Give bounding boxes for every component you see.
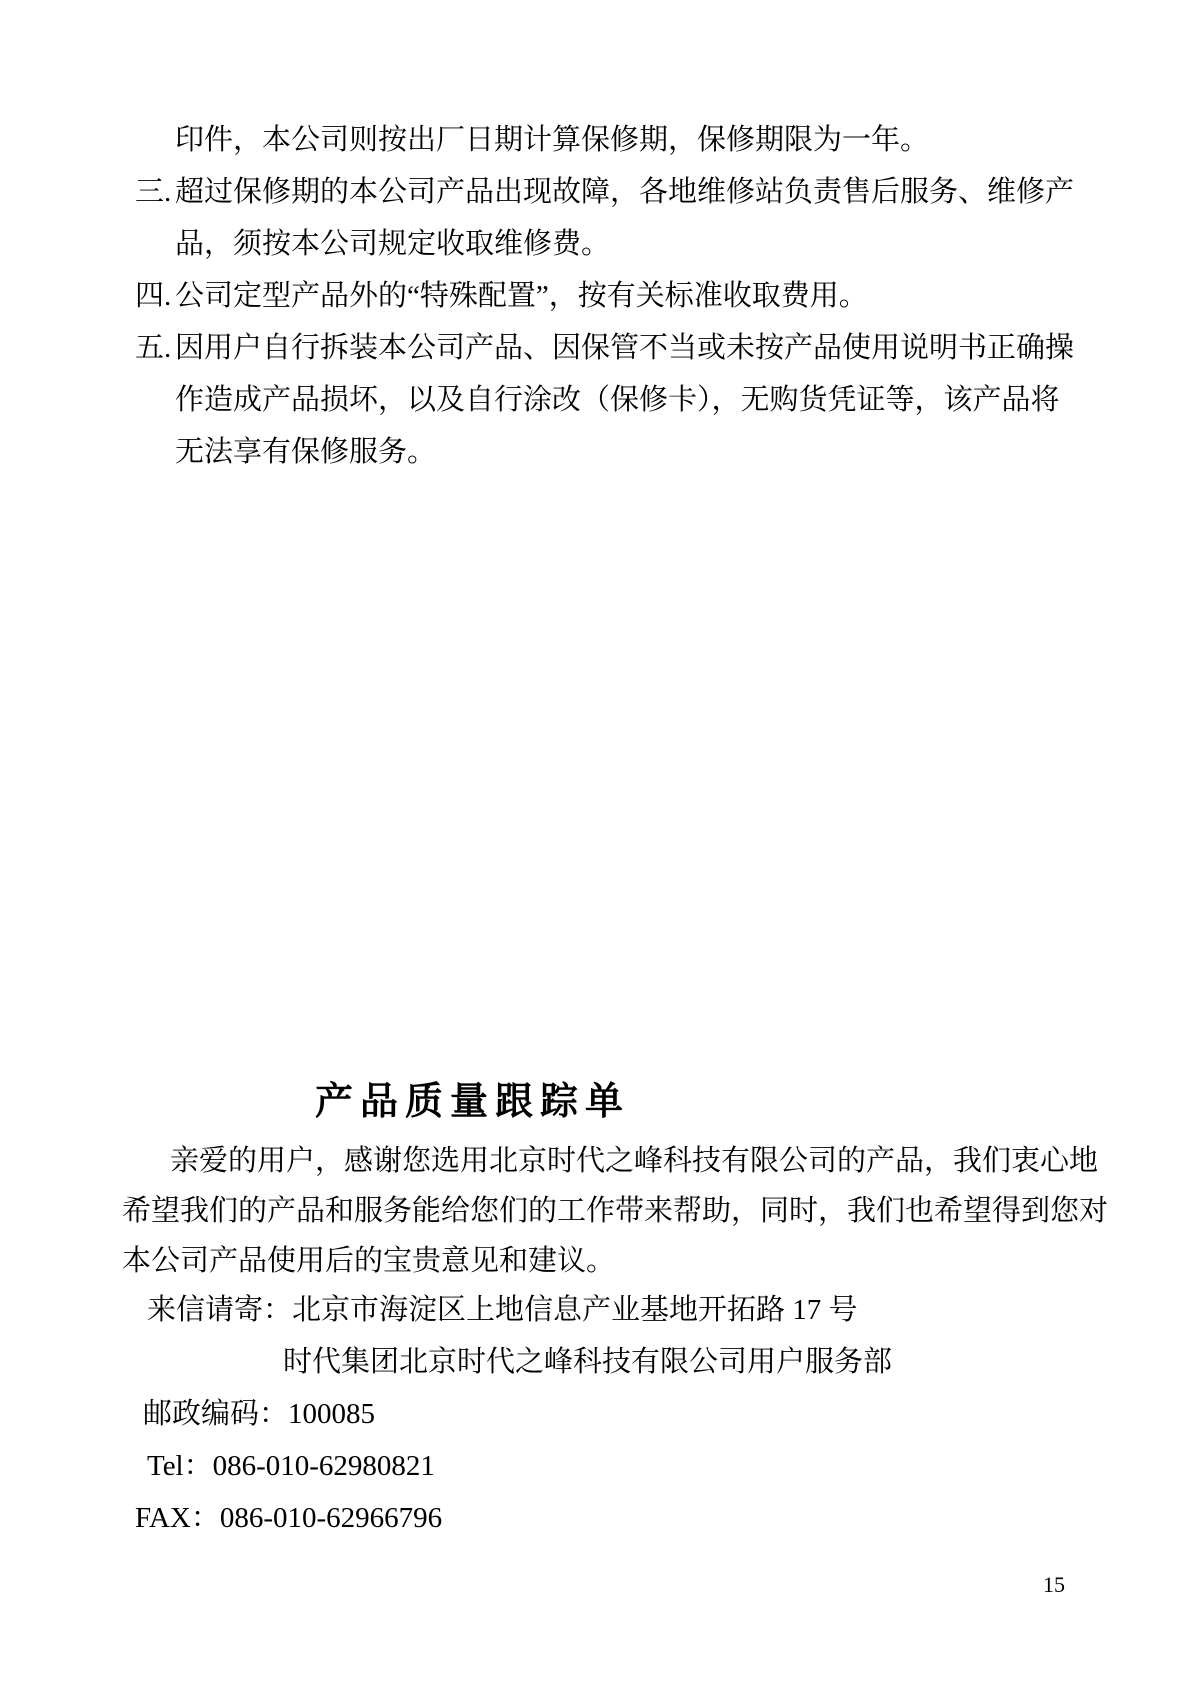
list-marker: 四. bbox=[135, 270, 171, 322]
postal-code-line: 邮政编码：100085 bbox=[143, 1388, 1200, 1440]
service-department-line: 时代集团北京时代之峰科技有限公司用户服务部 bbox=[283, 1336, 1200, 1388]
list-marker: 五. bbox=[135, 322, 171, 374]
telephone-line: Tel：086-010-62980821 bbox=[147, 1440, 1200, 1492]
document-page: 印件，本公司则按出厂日期计算保修期，保修期限为一年。 三. 超过保修期的本公司产… bbox=[0, 0, 1200, 1698]
warranty-line: 作造成产品损坏，以及自行涂改（保修卡），无购货凭证等，该产品将 bbox=[135, 374, 1115, 426]
contact-info-section: 来信请寄：北京市海淀区上地信息产业基地开拓路 17 号 时代集团北京时代之峰科技… bbox=[0, 1284, 1200, 1544]
warranty-text: 无法享有保修服务。 bbox=[175, 436, 436, 468]
list-marker: 三. bbox=[135, 166, 171, 218]
page-number: 15 bbox=[1043, 1572, 1065, 1598]
warranty-text: 印件，本公司则按出厂日期计算保修期，保修期限为一年。 bbox=[175, 124, 929, 156]
warranty-line: 印件，本公司则按出厂日期计算保修期，保修期限为一年。 bbox=[135, 114, 1115, 166]
warranty-text: 超过保修期的本公司产品出现故障，各地维修站负责售后服务、维修产 bbox=[175, 176, 1074, 208]
intro-paragraph: 亲爱的用户，感谢您选用北京时代之峰科技有限公司的产品，我们衷心地 希望我们的产品… bbox=[122, 1136, 1122, 1286]
warranty-text: 作造成产品损坏，以及自行涂改（保修卡），无购货凭证等，该产品将 bbox=[175, 384, 1060, 416]
fax-line: FAX：086-010-62966796 bbox=[135, 1492, 1200, 1544]
intro-line: 本公司产品使用后的宝贵意见和建议。 bbox=[122, 1236, 1122, 1286]
warranty-line: 三. 超过保修期的本公司产品出现故障，各地维修站负责售后服务、维修产 bbox=[135, 166, 1115, 218]
warranty-line: 五. 因用户自行拆装本公司产品、因保管不当或未按产品使用说明书正确操 bbox=[135, 322, 1115, 374]
warranty-line: 品，须按本公司规定收取维修费。 bbox=[135, 218, 1115, 270]
warranty-line: 四. 公司定型产品外的“特殊配置”，按有关标准收取费用。 bbox=[135, 270, 1115, 322]
warranty-terms-section: 印件，本公司则按出厂日期计算保修期，保修期限为一年。 三. 超过保修期的本公司产… bbox=[135, 114, 1115, 478]
intro-line: 希望我们的产品和服务能给您们的工作带来帮助，同时，我们也希望得到您对 bbox=[122, 1186, 1122, 1236]
mailing-address-line: 来信请寄：北京市海淀区上地信息产业基地开拓路 17 号 bbox=[147, 1284, 1200, 1336]
warranty-text: 因用户自行拆装本公司产品、因保管不当或未按产品使用说明书正确操 bbox=[175, 332, 1074, 364]
form-title: 产品质量跟踪单 bbox=[315, 1080, 630, 1124]
warranty-text: 公司定型产品外的“特殊配置”，按有关标准收取费用。 bbox=[175, 280, 868, 312]
intro-line: 亲爱的用户，感谢您选用北京时代之峰科技有限公司的产品，我们衷心地 bbox=[122, 1136, 1122, 1186]
warranty-line: 无法享有保修服务。 bbox=[135, 426, 1115, 478]
warranty-text: 品，须按本公司规定收取维修费。 bbox=[175, 228, 610, 260]
